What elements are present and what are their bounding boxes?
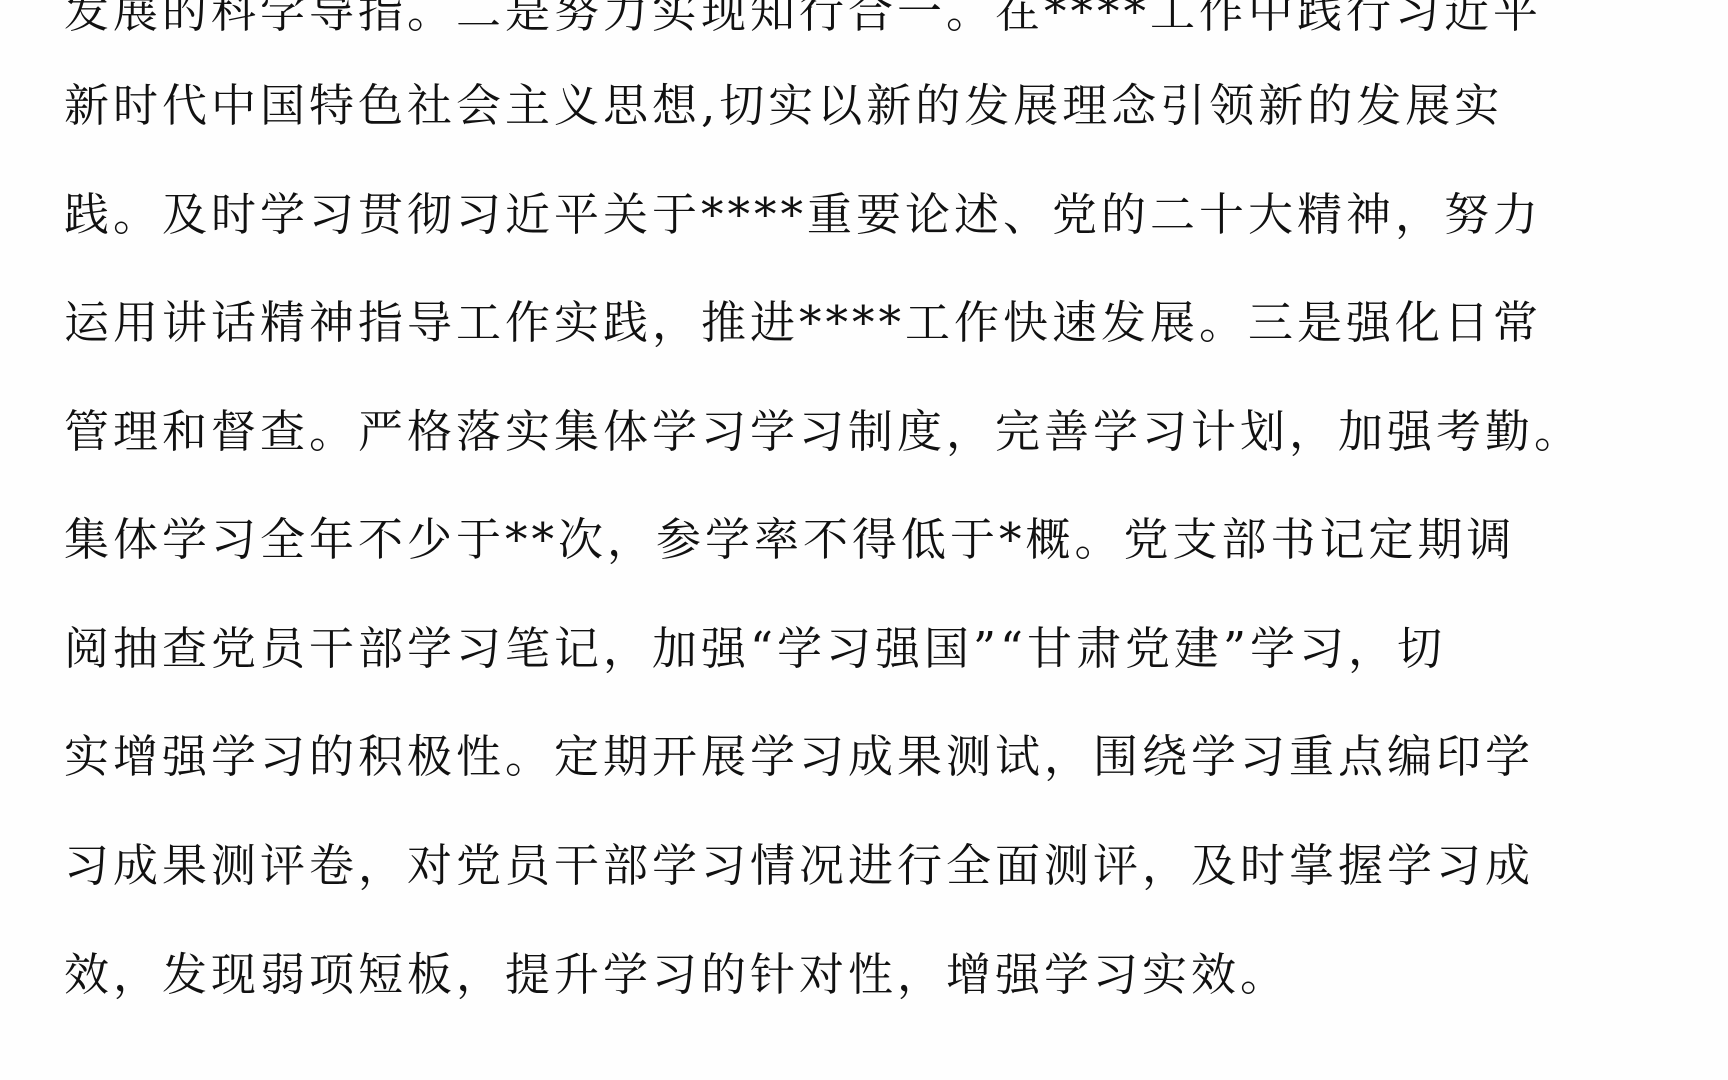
text-line: 阅抽查党员干部学习笔记，加强“学习强国”“甘肃党建”学习，切: [64, 619, 1664, 679]
text-line: 实增强学习的积极性。定期开展学习成果测试，围绕学习重点编印学: [64, 727, 1664, 787]
document-page: 发展的科学导指。二是努力实现知行合一。在****工作中践行习近平 新时代中国特色…: [0, 0, 1728, 1080]
text-line: 效，发现弱项短板，提升学习的针对性，增强学习实效。: [64, 945, 1664, 1005]
text-line: 运用讲话精神指导工作实践，推进****工作快速发展。三是强化日常: [64, 293, 1664, 353]
text-line: 践。及时学习贯彻习近平关于****重要论述、党的二十大精神，努力: [64, 185, 1664, 245]
text-line: 发展的科学导指。二是努力实现知行合一。在****工作中践行习近平: [64, 0, 1664, 42]
text-line: 集体学习全年不少于**次，参学率不得低于*概。党支部书记定期调: [64, 510, 1664, 570]
text-line: 习成果测评卷，对党员干部学习情况进行全面测评，及时掌握学习成: [64, 836, 1664, 896]
text-line: 管理和督查。严格落实集体学习学习制度，完善学习计划，加强考勤。: [64, 402, 1664, 462]
text-line: 新时代中国特色社会主义思想,切实以新的发展理念引领新的发展实: [64, 76, 1664, 136]
